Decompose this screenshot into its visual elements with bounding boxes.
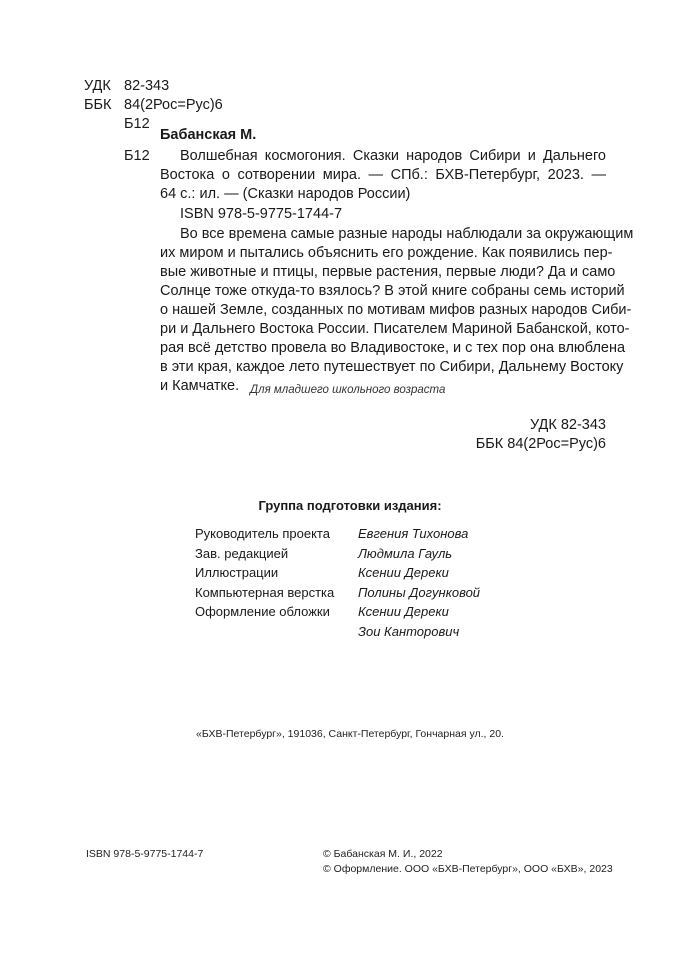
annotation-line: их миром и пытались объяснить его рожден…: [160, 244, 606, 263]
annotation-line: в эти края, каждое лето путешествует по …: [160, 358, 606, 377]
description-line: Волшебная космогония. Сказки народов Сиб…: [160, 147, 606, 166]
bottom-isbn: ISBN 978-5-9775-1744-7: [86, 847, 203, 862]
copyright-author: © Бабанская М. И., 2022: [323, 847, 443, 862]
annotation-line: Во все времена самые разные народы наблю…: [160, 225, 606, 244]
annotation: Во все времена самые разные народы наблю…: [160, 225, 606, 396]
publisher-address: «БХВ-Петербург», 191036, Санкт-Петербург…: [196, 727, 504, 742]
credit-name: Полины Догунковой: [358, 583, 480, 603]
footer-bbk: ББК 84(2Рос=Рус)6: [476, 435, 606, 454]
credit-name: Евгения Тихонова: [358, 524, 468, 544]
credits-row: Оформление обложкиКсении Дереки: [195, 602, 480, 622]
udk-code: УДК82-343: [84, 77, 169, 96]
credit-name: Зои Канторович: [358, 622, 459, 642]
annotation-line: вые животные и птицы, первые растения, п…: [160, 263, 606, 282]
credits-row: ИллюстрацииКсении Дереки: [195, 563, 480, 583]
credits-row: Компьютерная версткаПолины Догунковой: [195, 583, 480, 603]
credit-role: [195, 622, 358, 642]
credit-role: Зав. редакцией: [195, 544, 358, 564]
credit-name: Ксении Дереки: [358, 602, 449, 622]
udk-value: 82-343: [124, 78, 169, 94]
copyright-design: © Оформление. ООО «БХВ-Петербург», ООО «…: [323, 862, 613, 877]
udk-label: УДК: [84, 77, 124, 96]
credit-name: Ксении Дереки: [358, 563, 449, 583]
entry-author-mark: Б12: [124, 147, 150, 166]
age-note: Для младшего школьного возраста: [250, 384, 445, 396]
isbn: ISBN 978-5-9775-1744-7: [180, 205, 342, 224]
annotation-line: рая всё детство провела во Владивостоке,…: [160, 339, 606, 358]
author-name: Бабанская М.: [160, 126, 256, 145]
credits-row: Руководитель проектаЕвгения Тихонова: [195, 524, 480, 544]
credit-name: Людмила Гауль: [358, 544, 452, 564]
bibliographic-description: Волшебная космогония. Сказки народов Сиб…: [160, 147, 606, 204]
credit-role: Оформление обложки: [195, 602, 358, 622]
annotation-line: о нашей Земле, созданных по мотивам мифо…: [160, 301, 606, 320]
credits-table: Руководитель проектаЕвгения Тихонова Зав…: [195, 524, 480, 641]
bbk-value: 84(2Рос=Рус)6: [124, 97, 223, 113]
description-line: Востока о сотворении мира. — СПб.: БХВ-П…: [160, 166, 606, 185]
footer-udk: УДК 82-343: [530, 416, 606, 435]
bbk-label: ББК: [84, 96, 124, 115]
annotation-line: Солнце тоже откуда-то взялось? В этой кн…: [160, 282, 606, 301]
credits-row: Зои Канторович: [195, 622, 480, 642]
credit-role: Руководитель проекта: [195, 524, 358, 544]
credits-row: Зав. редакциейЛюдмила Гауль: [195, 544, 480, 564]
credits-title: Группа подготовки издания:: [0, 498, 700, 513]
bbk-code: ББК84(2Рос=Рус)6: [84, 96, 223, 115]
description-line: 64 с.: ил. — (Сказки народов России): [160, 185, 606, 204]
annotation-line: ри и Дальнего Востока России. Писателем …: [160, 320, 606, 339]
credit-role: Компьютерная верстка: [195, 583, 358, 603]
credit-role: Иллюстрации: [195, 563, 358, 583]
author-mark: Б12: [124, 115, 150, 134]
